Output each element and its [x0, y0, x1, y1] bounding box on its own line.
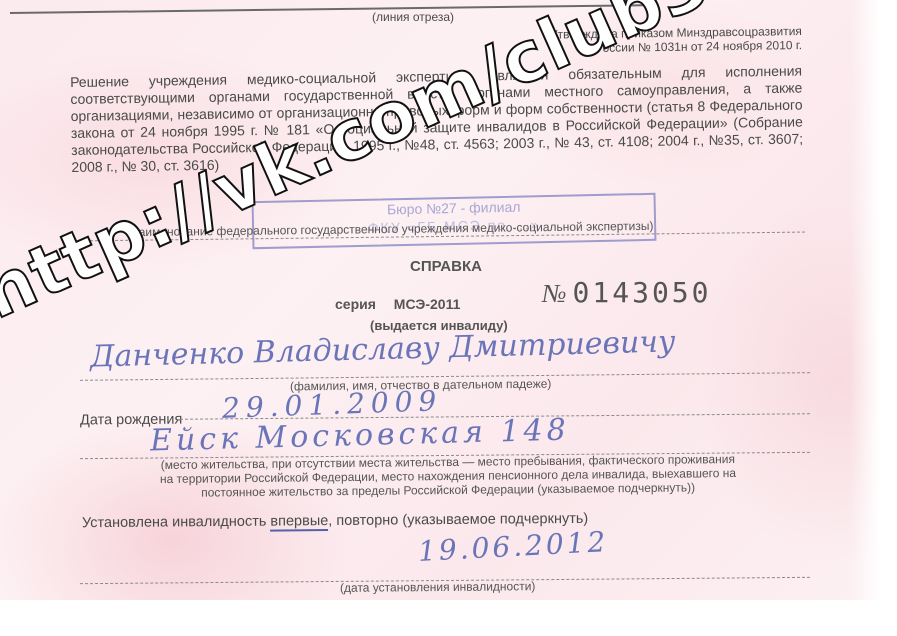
- disability-date-caption: (дата установления инвалидности): [340, 579, 535, 595]
- number-value: 0143050: [573, 276, 712, 309]
- number-sign: №: [542, 279, 567, 308]
- cut-line-label: (линия отреза): [372, 10, 454, 24]
- approval-note: Утверждена приказом Минздравсоцразвития …: [520, 24, 802, 56]
- document-title: СПРАВКА: [410, 258, 482, 275]
- full-name-handwritten: Данченко Владиславу Дмитриевичу: [90, 324, 676, 374]
- certificate-paper: (линия отреза) Утверждена приказом Минзд…: [0, 0, 880, 600]
- disability-prefix: Установлена инвалидность: [82, 514, 266, 532]
- series-value: МСЭ-2011: [394, 296, 461, 312]
- option-first-time: впервые: [270, 513, 328, 532]
- series: серия МСЭ-2011: [335, 296, 460, 312]
- series-label: серия: [335, 296, 376, 312]
- option-repeat: повторно: [336, 512, 398, 529]
- option-separator: ,: [328, 513, 332, 529]
- disability-suffix: (указываемое подчеркнуть): [402, 511, 588, 529]
- address-caption: (место жительства, при отсутствии места …: [78, 451, 818, 501]
- certificate-number: №0143050: [542, 276, 712, 309]
- cut-line: [10, 4, 650, 14]
- disability-established: Установлена инвалидность впервые, повтор…: [82, 511, 588, 531]
- disability-date-handwritten: 19.06.2012: [417, 525, 609, 568]
- legal-text: Решение учреждения медико-социальной экс…: [70, 63, 804, 176]
